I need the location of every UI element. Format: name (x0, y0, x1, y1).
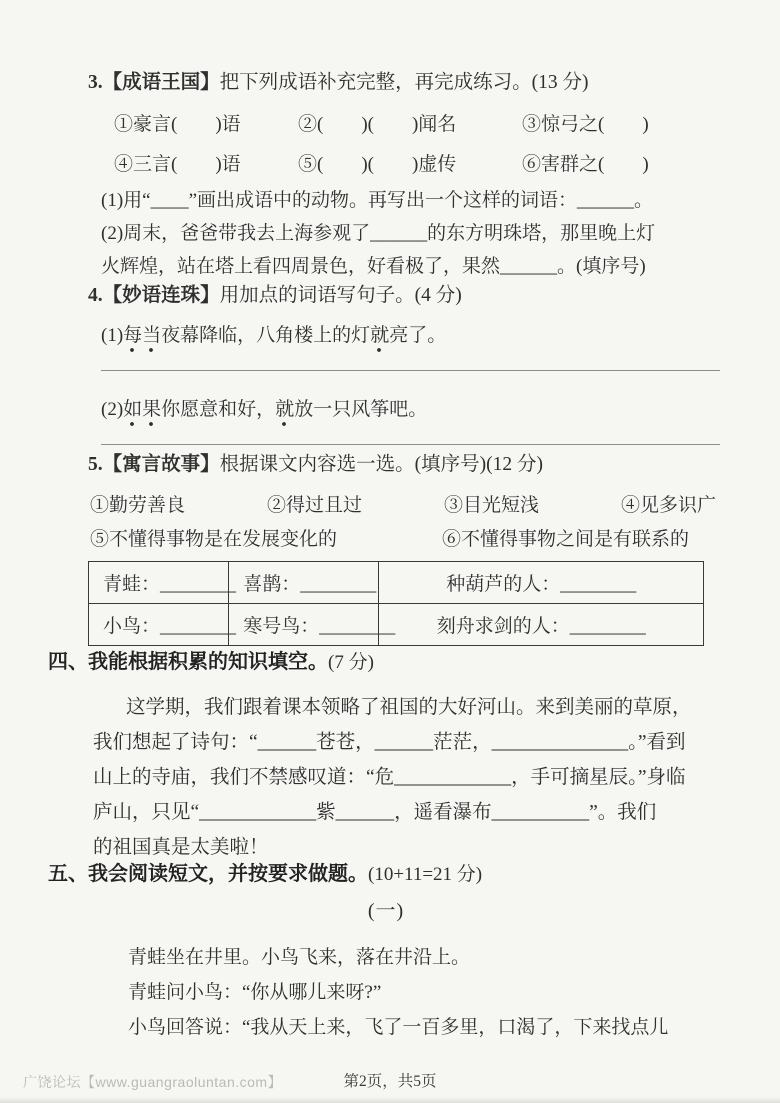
idiom-option-6: ⑥害群之( ) (522, 149, 720, 176)
table-row: 青蛙：________ 喜鹊：________ 种葫芦的人：________ (89, 562, 704, 604)
sentence-2-middle: 你愿意和好， (161, 399, 275, 420)
fable-options-row-1: ①勤劳善良 ②得过且过 ③目光短浅 ④见多识广 (90, 490, 716, 517)
question-3-text: 把下列成语补充完整，再完成练习。(13 分) (220, 72, 589, 93)
answer-line-2 (101, 444, 720, 445)
sentence-1-emphasized-word-1: 每当 (123, 325, 161, 353)
section-5: 五、我会阅读短文，并按要求做题。(10+11=21 分) (一) 青蛙坐在井里。… (48, 860, 724, 1045)
section-5-score: (10+11=21 分) (368, 864, 482, 885)
cell-gourd-planter: 种葫芦的人：________ (379, 562, 704, 604)
cell-hanhao-bird: 寒号鸟：________ (229, 604, 379, 646)
paragraph-line-1: 这学期，我们跟着课本领略了祖国的大好河山。来到美丽的草原， (93, 690, 724, 725)
cell-sword-marker: 刻舟求剑的人：________ (379, 604, 704, 646)
section-5-label: 五、我会阅读短文，并按要求做题。 (48, 863, 368, 885)
idiom-options-row-2: ④三言( )语 ⑤( )( )虚传 ⑥害群之( ) (114, 136, 720, 176)
question-5-text: 根据课文内容选一选。(填序号)(12 分) (220, 454, 543, 475)
idiom-option-1: ①豪言( )语 (114, 109, 298, 136)
question-5-tag: 【寓言故事】 (103, 454, 220, 475)
passage-line-1: 青蛙坐在井里。小鸟飞来，落在井沿上。 (93, 940, 724, 975)
worksheet-page: 3.【成语王国】把下列成语补充完整，再完成练习。(13 分) ①豪言( )语 ②… (0, 0, 780, 1103)
question-3-subtask-1: (1)用“____”画出成语中的动物。再写出一个这样的词语：______。 (101, 184, 720, 217)
question-3-tag: 【成语王国】 (103, 72, 220, 93)
sentence-1-suffix: 亮了。 (389, 325, 446, 346)
question-5-title: 5.【寓言故事】根据课文内容选一选。(填序号)(12 分) (88, 452, 720, 478)
scan-bottom-edge (0, 1097, 780, 1103)
question-4-title: 4.【妙语连珠】用加点的词语写句子。(4 分) (88, 283, 720, 309)
fable-options-row-2: ⑤不懂得事物是在发展变化的 ⑥不懂得事物之间是有联系的 (90, 524, 716, 551)
question-3-subtask-2-line-1: (2)周末，爸爸带我去上海参观了______的东方明珠塔，那里晚上灯 (101, 217, 720, 250)
idiom-option-3: ③惊弓之( ) (522, 109, 720, 136)
section-4-label: 四、我能根据积累的知识填空。 (48, 651, 328, 673)
passage-line-2: 青蛙问小鸟：“你从哪儿来呀?” (93, 975, 724, 1010)
question-4-number: 4. (88, 285, 103, 306)
fable-option-2: ②得过且过 (267, 490, 362, 517)
question-4-text: 用加点的词语写句子。(4 分) (220, 285, 462, 306)
cell-magpie: 喜鹊：________ (229, 562, 379, 604)
section-5-title: 五、我会阅读短文，并按要求做题。(10+11=21 分) (48, 860, 724, 890)
paragraph-line-3: 山上的寺庙，我们不禁感叹道：“危____________，手可摘星辰。”身临 (93, 760, 724, 795)
sentence-1-middle: 夜幕降临，八角楼上的灯 (161, 325, 370, 346)
idiom-option-5: ⑤( )( )虚传 (298, 149, 522, 176)
sentence-1-emphasized-word-2: 就 (370, 325, 389, 353)
page-number: 第2页，共5页 (0, 1069, 780, 1091)
cell-frog: 青蛙：________ (89, 562, 229, 604)
reading-passage: 青蛙坐在井里。小鸟飞来，落在井沿上。 青蛙问小鸟：“你从哪儿来呀?” 小鸟回答说… (93, 940, 724, 1045)
fill-in-paragraph: 这学期，我们跟着课本领略了祖国的大好河山。来到美丽的草原， 我们想起了诗句：“_… (93, 690, 724, 865)
fable-option-3: ③目光短浅 (444, 490, 539, 517)
question-4-sentence-2: (2)如果你愿意和好，就放一只风筝吧。 (101, 395, 720, 425)
question-4-sentence-1: (1)每当夜幕降临，八角楼上的灯就亮了。 (101, 321, 720, 351)
question-5: 5.【寓言故事】根据课文内容选一选。(填序号)(12 分) ①勤劳善良 ②得过且… (88, 452, 720, 646)
passage-line-3: 小鸟回答说：“我从天上来，飞了一百多里，口渴了，下来找点儿 (93, 1010, 724, 1045)
fable-option-5: ⑤不懂得事物是在发展变化的 (90, 524, 442, 551)
section-4-title: 四、我能根据积累的知识填空。(7 分) (48, 648, 724, 678)
idiom-option-4: ④三言( )语 (114, 149, 298, 176)
fable-option-1: ①勤劳善良 (90, 490, 185, 517)
sentence-2-emphasized-word-2: 就 (275, 399, 294, 427)
question-3-number: 3. (88, 72, 103, 93)
question-3-subtask-2-line-2: 火辉煌，站在塔上看四周景色，好看极了，果然______。(填序号) (101, 250, 720, 283)
fable-option-4: ④见多识广 (621, 490, 716, 517)
sentence-1-prefix: (1) (101, 325, 123, 346)
fable-option-6: ⑥不懂得事物之间是有联系的 (442, 524, 689, 551)
section-4-score: (7 分) (328, 652, 374, 673)
question-4: 4.【妙语连珠】用加点的词语写句子。(4 分) (1)每当夜幕降临，八角楼上的灯… (88, 283, 720, 445)
question-4-tag: 【妙语连珠】 (103, 285, 220, 306)
paragraph-line-2: 我们想起了诗句：“______苍苍，______茫茫，_____________… (93, 725, 724, 760)
fable-answer-table: 青蛙：________ 喜鹊：________ 种葫芦的人：________ 小… (88, 561, 704, 646)
sentence-2-prefix: (2) (101, 399, 123, 420)
table-row: 小鸟：________ 寒号鸟：________ 刻舟求剑的人：________ (89, 604, 704, 646)
idiom-option-2: ②( )( )闻名 (298, 109, 522, 136)
cell-bird: 小鸟：________ (89, 604, 229, 646)
sentence-2-emphasized-word-1: 如果 (123, 399, 161, 427)
idiom-options-row-1: ①豪言( )语 ②( )( )闻名 ③惊弓之( ) (114, 96, 720, 136)
question-3-title: 3.【成语王国】把下列成语补充完整，再完成练习。(13 分) (88, 70, 720, 96)
sentence-2-suffix: 放一只风筝吧。 (294, 399, 427, 420)
answer-line-1 (101, 370, 720, 371)
question-5-number: 5. (88, 454, 103, 475)
paragraph-line-4: 庐山，只见“____________紫______，遥看瀑布__________… (93, 795, 724, 830)
question-3: 3.【成语王国】把下列成语补充完整，再完成练习。(13 分) ①豪言( )语 ②… (88, 70, 720, 283)
section-4: 四、我能根据积累的知识填空。(7 分) 这学期，我们跟着课本领略了祖国的大好河山… (48, 648, 724, 865)
passage-part-label: (一) (48, 898, 724, 924)
